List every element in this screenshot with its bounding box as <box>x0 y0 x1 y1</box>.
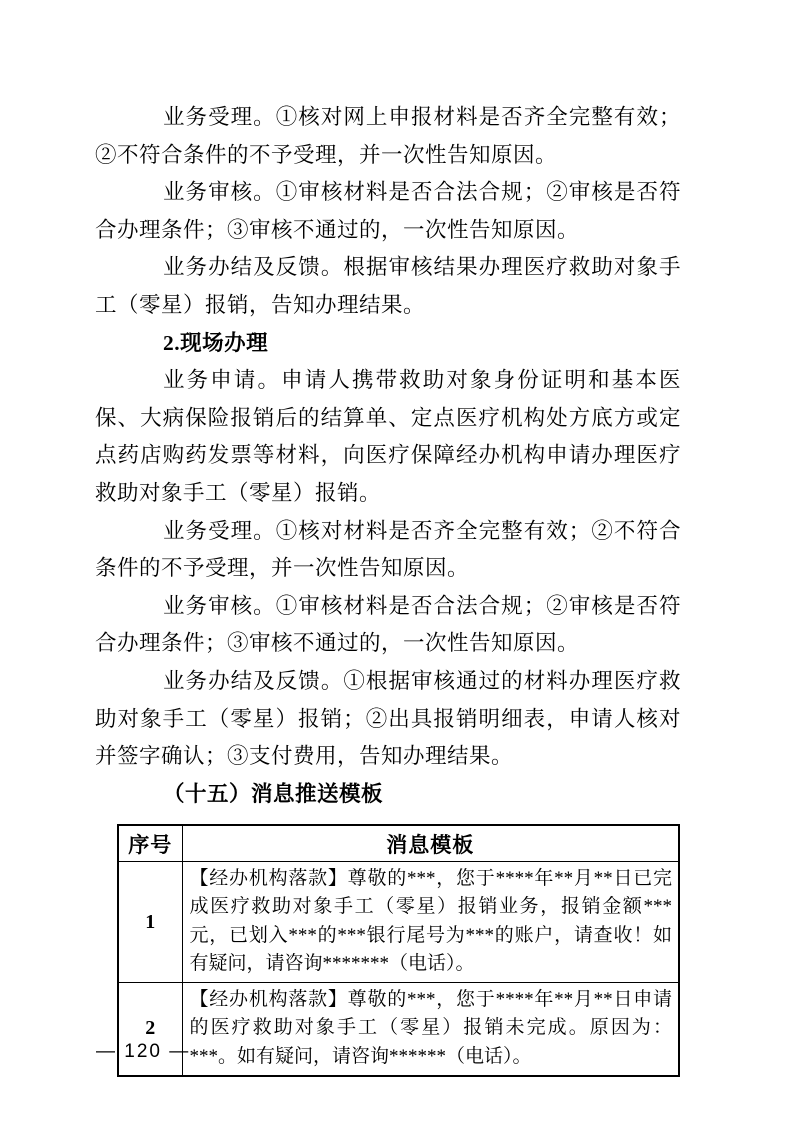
paragraph-business-application: 业务申请。申请人携带救助对象身份证明和基本医保、大病保险报销后的结算单、定点医疗… <box>95 362 681 512</box>
document-body: 业务受理。①核对网上申报材料是否齐全完整有效；②不符合条件的不予受理，并一次性告… <box>95 99 681 1077</box>
section-heading-onsite-handling: 2.现场办理 <box>95 325 681 363</box>
section-heading-message-push-template: （十五）消息推送模板 <box>95 776 681 814</box>
paragraph-business-acceptance-onsite: 业务受理。①核对材料是否齐全完整有效；②不符合条件的不予受理，并一次性告知原因。 <box>95 513 681 588</box>
page-number: — 120 — <box>96 1041 190 1063</box>
paragraph-business-review-onsite: 业务审核。①审核材料是否合法合规；②审核是否符合办理条件；③审核不通过的，一次性… <box>95 588 681 663</box>
table-row: 1 【经办机构落款】尊敬的***，您于****年**月**日已完成医疗救助对象手… <box>118 862 679 983</box>
document-page: 业务受理。①核对网上申报材料是否齐全完整有效；②不符合条件的不予受理，并一次性告… <box>0 0 793 1122</box>
paragraph-business-acceptance-online: 业务受理。①核对网上申报材料是否齐全完整有效；②不符合条件的不予受理，并一次性告… <box>95 99 681 174</box>
table-row: 2 【经办机构落款】尊敬的***，您于****年**月**日申请的医疗救助对象手… <box>118 983 679 1076</box>
table-header-message-template: 消息模板 <box>182 825 679 862</box>
paragraph-business-completion-online: 业务办结及反馈。根据审核结果办理医疗救助对象手工（零星）报销，告知办理结果。 <box>95 249 681 324</box>
row-1-message-template: 【经办机构落款】尊敬的***，您于****年**月**日已完成医疗救助对象手工（… <box>182 862 679 983</box>
table-header-serial-number: 序号 <box>118 825 182 862</box>
row-1-serial-number: 1 <box>118 862 182 983</box>
row-2-message-template: 【经办机构落款】尊敬的***，您于****年**月**日申请的医疗救助对象手工（… <box>182 983 679 1076</box>
paragraph-business-review-online: 业务审核。①审核材料是否合法合规；②审核是否符合办理条件；③审核不通过的，一次性… <box>95 174 681 249</box>
paragraph-business-completion-onsite: 业务办结及反馈。①根据审核通过的材料办理医疗救助对象手工（零星）报销；②出具报销… <box>95 663 681 776</box>
message-template-table: 序号 消息模板 1 【经办机构落款】尊敬的***，您于****年**月**日已完… <box>117 824 680 1076</box>
table-header-row: 序号 消息模板 <box>118 825 679 862</box>
